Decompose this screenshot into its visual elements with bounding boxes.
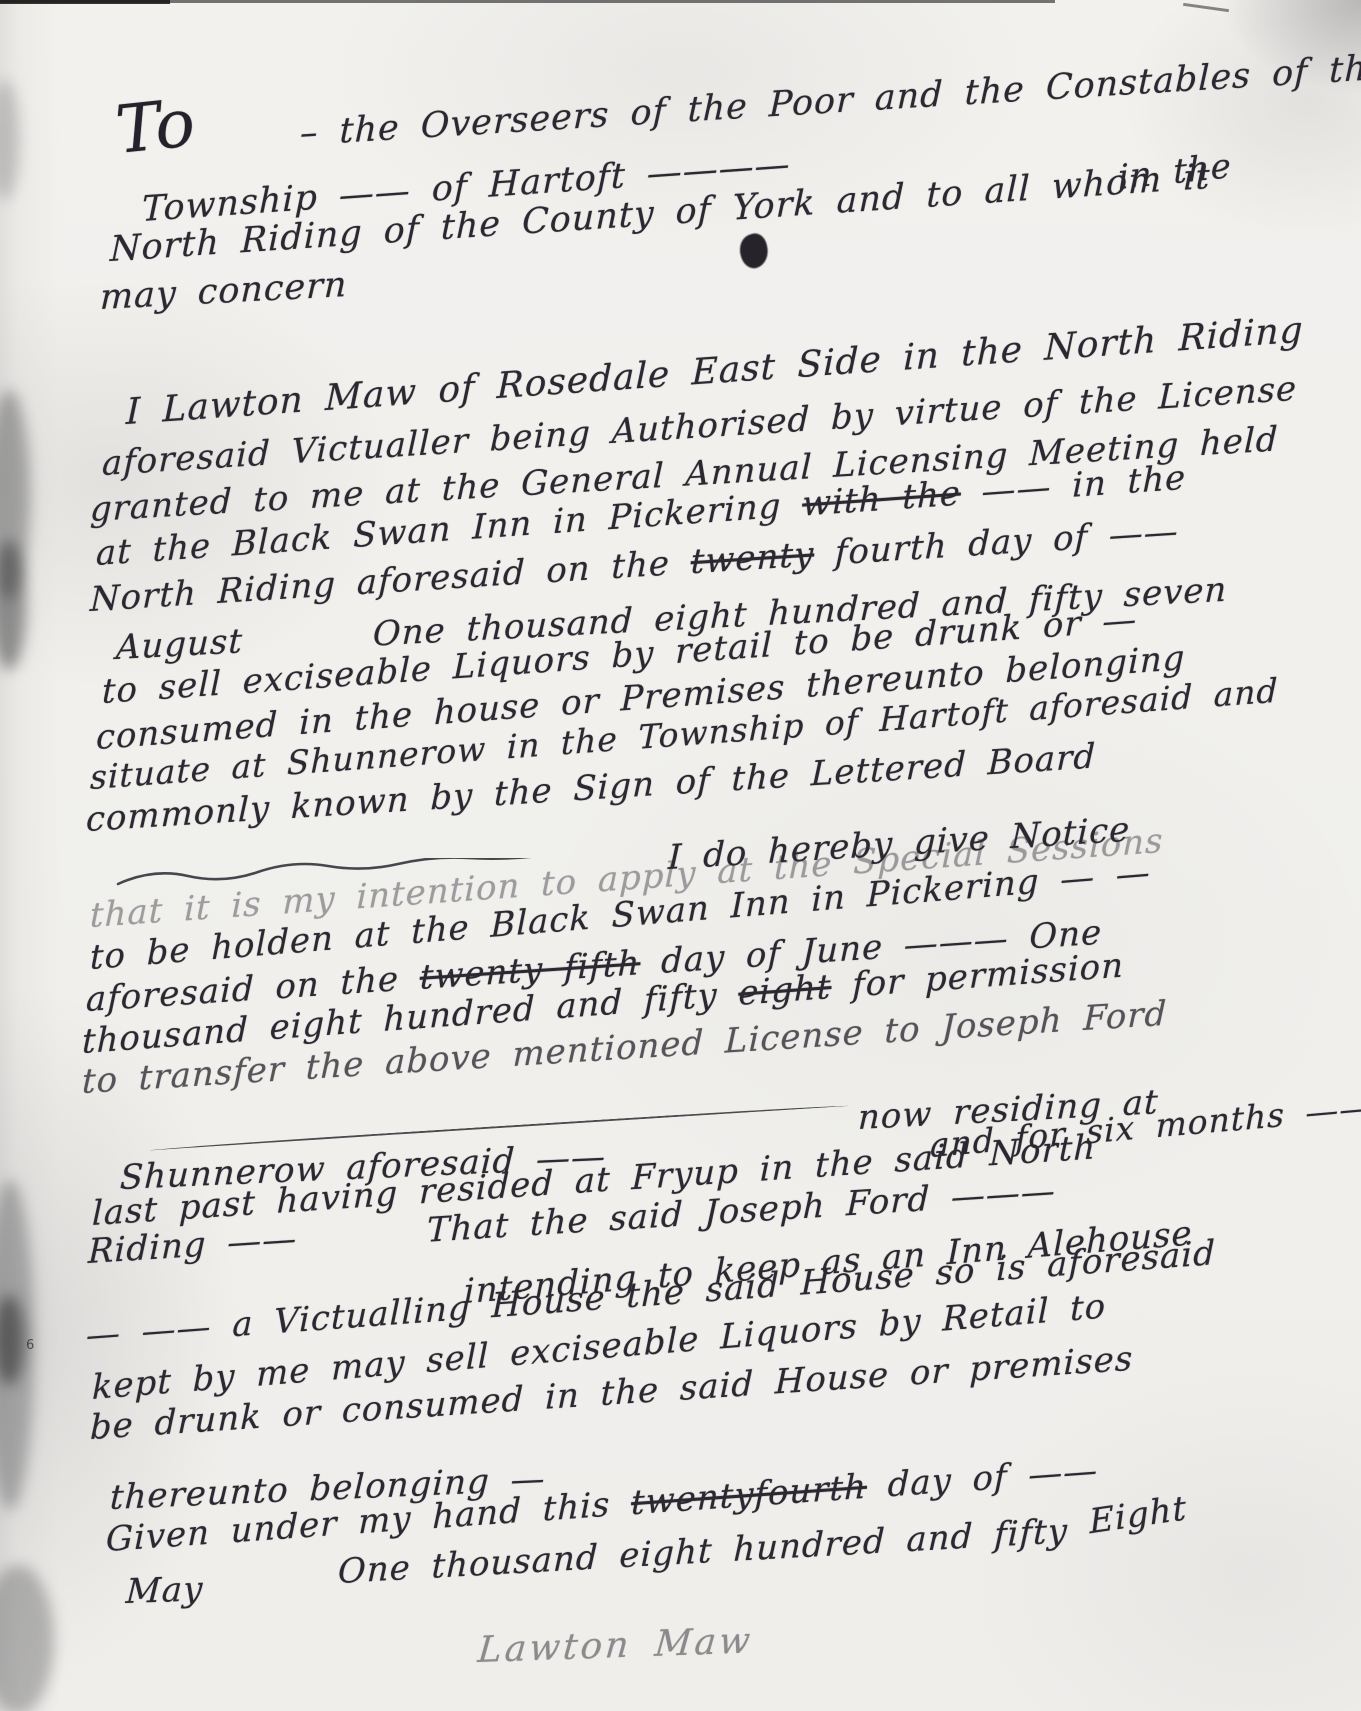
- handwritten-line: May: [125, 1569, 204, 1612]
- ink-smudge: [0, 1565, 54, 1711]
- handwritten-line: may concern: [99, 265, 348, 318]
- scan-edge-artifact: [1183, 3, 1229, 12]
- scan-edge-artifact: [0, 0, 1055, 3]
- ink-blot: [736, 231, 772, 271]
- page-margin-mark: 6: [26, 1338, 34, 1353]
- handwritten-line: – the Overseers of the Poor and the Cons…: [299, 47, 1361, 154]
- ink-smudge: [0, 540, 26, 670]
- ink-smudge: [0, 1295, 24, 1385]
- scan-edge-artifact: [0, 0, 170, 4]
- salutation-initial: To: [112, 84, 198, 169]
- document-scan: To – the Overseers of the Poor and the C…: [0, 0, 1361, 1711]
- signature: Lawton Maw: [476, 1620, 755, 1671]
- ink-smudge: [0, 390, 30, 600]
- ink-smudge: [0, 80, 20, 200]
